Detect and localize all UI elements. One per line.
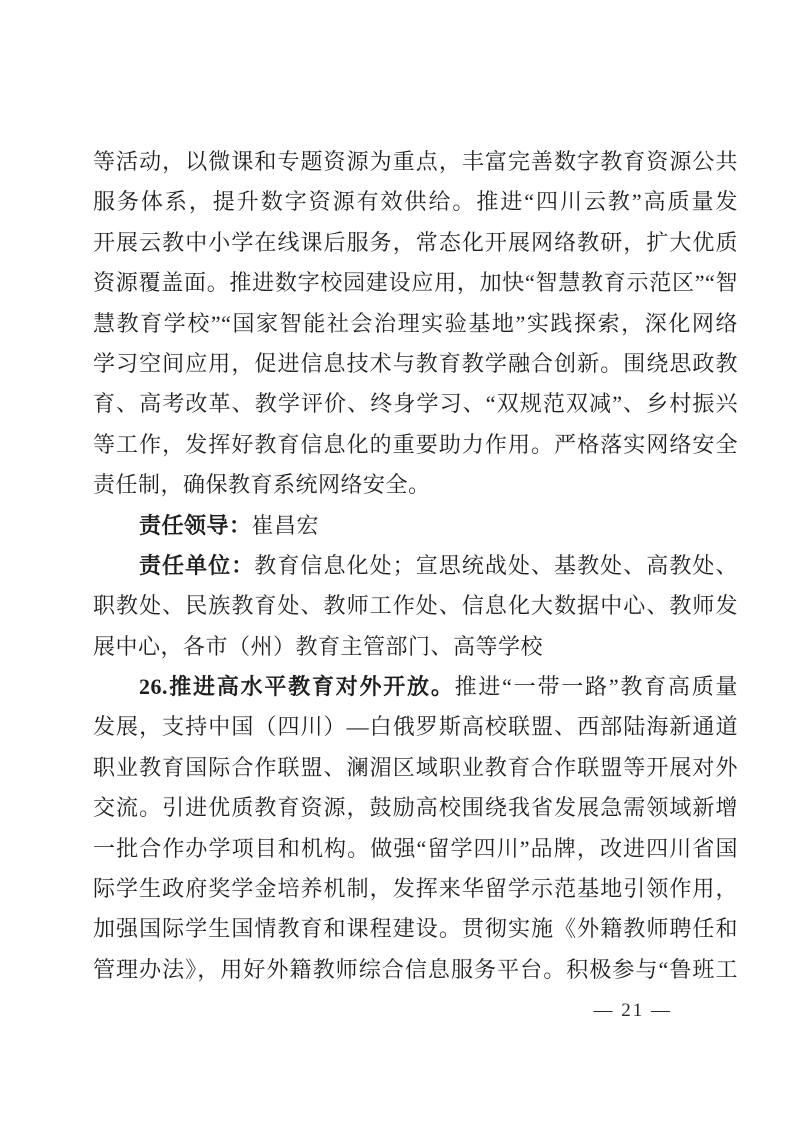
paragraph-line: 慧教育学校”“国家智能社会治理实验基地”实践探索，深化网络 [93, 304, 738, 344]
responsible-leader-line: 责任领导：崔昌宏 [93, 506, 738, 546]
line-text: 际学生政府奖学金培养机制，发挥来华留学示范基地引领作用， [93, 876, 738, 901]
line-text: 等活动，以微课和专题资源为重点，丰富完善数字教育资源公共 [93, 149, 738, 174]
line-text: 学习空间应用，促进信息技术与教育教学融合创新。围绕思政教 [93, 351, 738, 376]
line-text: 育、高考改革、教学评价、终身学习、“双规范双减”、乡村振兴 [93, 391, 738, 416]
item-26-line: 际学生政府奖学金培养机制，发挥来华留学示范基地引领作用， [93, 869, 738, 909]
line-text: 教育信息化处；宣思统战处、基教处、高教处、 [254, 553, 738, 578]
paragraph-line: 责任制，确保教育系统网络安全。 [93, 465, 738, 505]
line-text: 慧教育学校”“国家智能社会治理实验基地”实践探索，深化网络 [93, 311, 738, 336]
line-text: 发展，支持中国（四川）—白俄罗斯高校联盟、西部陆海新通道 [93, 714, 738, 739]
bold-label: 责任领导： [139, 513, 252, 538]
responsible-units-line: 责任单位：教育信息化处；宣思统战处、基教处、高教处、 [93, 546, 738, 586]
item-26-line: 管理办法》，用好外籍教师综合信息服务平台。积极参与“鲁班工 [93, 950, 738, 990]
bold-label: 责任单位： [139, 553, 254, 578]
paragraph-line: 学习空间应用，促进信息技术与教育教学融合创新。围绕思政教 [93, 344, 738, 384]
paragraph-line: 资源覆盖面。推进数字校园建设应用，加快“智慧教育示范区”“智 [93, 263, 738, 303]
paragraph-line: 开展云教中小学在线课后服务，常态化开展网络教研，扩大优质 [93, 223, 738, 263]
line-text: 开展云教中小学在线课后服务，常态化开展网络教研，扩大优质 [93, 230, 738, 255]
paragraph-line: 等活动，以微课和专题资源为重点，丰富完善数字教育资源公共 [93, 142, 738, 182]
paragraph-line: 育、高考改革、教学评价、终身学习、“双规范双减”、乡村振兴 [93, 384, 738, 424]
line-text: 崔昌宏 [252, 513, 320, 538]
line-text: 等工作，发挥好教育信息化的重要助力作用。严格落实网络安全 [93, 432, 738, 457]
paragraph-line: 服务体系，提升数字资源有效供给。推进“四川云教”高质量发展， [93, 182, 738, 222]
line-text: 职业教育国际合作联盟、澜湄区域职业教育合作联盟等开展对外 [93, 755, 738, 780]
line-text: 资源覆盖面。推进数字校园建设应用，加快“智慧教育示范区”“智 [93, 270, 738, 295]
line-text: 展中心，各市（州）教育主管部门、高等学校 [93, 634, 543, 659]
line-text: 服务体系，提升数字资源有效供给。推进“四川云教”高质量发展， [93, 189, 738, 222]
item-26-line: 交流。引进优质教育资源，鼓励高校围绕我省发展急需领域新增 [93, 788, 738, 828]
item-26-line: 职业教育国际合作联盟、澜湄区域职业教育合作联盟等开展对外 [93, 748, 738, 788]
page-number: — 21 — [594, 1000, 673, 1022]
line-text: 加强国际学生国情教育和课程建设。贯彻实施《外籍教师聘任和 [93, 916, 738, 941]
line-text: 责任制，确保教育系统网络安全。 [93, 472, 431, 497]
paragraph-line: 等工作，发挥好教育信息化的重要助力作用。严格落实网络安全 [93, 425, 738, 465]
text-block: 等活动，以微课和专题资源为重点，丰富完善数字教育资源公共 服务体系，提升数字资源… [93, 142, 738, 990]
line-text: 一批合作办学项目和机构。做强“留学四川”品牌，改进四川省国 [93, 836, 738, 861]
line-text: 交流。引进优质教育资源，鼓励高校围绕我省发展急需领域新增 [93, 795, 738, 820]
item-26-line: 发展，支持中国（四川）—白俄罗斯高校联盟、西部陆海新通道 [93, 707, 738, 747]
item-26-line: 加强国际学生国情教育和课程建设。贯彻实施《外籍教师聘任和 [93, 909, 738, 949]
item-26-line: 一批合作办学项目和机构。做强“留学四川”品牌，改进四川省国 [93, 829, 738, 869]
responsible-units-line: 展中心，各市（州）教育主管部门、高等学校 [93, 627, 738, 667]
responsible-units-line: 职教处、民族教育处、教师工作处、信息化大数据中心、教师发 [93, 586, 738, 626]
item-26-heading-line: 26.推进高水平教育对外开放。推进“一带一路”教育高质量 [93, 667, 738, 707]
line-text: 推进“一带一路”教育高质量 [455, 674, 738, 699]
bold-label: 26.推进高水平教育对外开放。 [139, 674, 455, 699]
line-text: 管理办法》，用好外籍教师综合信息服务平台。积极参与“鲁班工 [93, 957, 738, 982]
line-text: 职教处、民族教育处、教师工作处、信息化大数据中心、教师发 [93, 593, 738, 618]
